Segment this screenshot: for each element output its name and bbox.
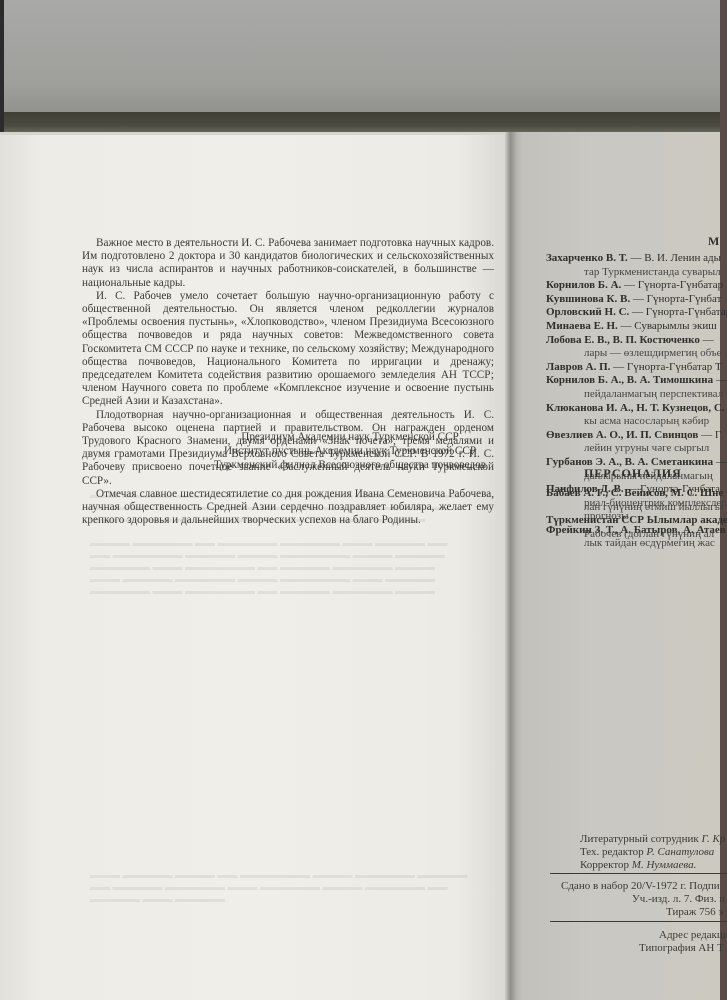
bleed-through-text: ▬▬▬ ▬▬▬▬▬ ▬▬▬▬ ▬▬ ▬▬▬▬▬▬▬ ▬▬▬▬ ▬▬▬▬▬▬ ▬▬… bbox=[90, 870, 490, 910]
paragraph: Важное место в деятельности И. С. Рабоче… bbox=[82, 237, 494, 290]
book-gutter bbox=[505, 132, 517, 1000]
section-title: ПЕРСОНАЛИЯ bbox=[584, 466, 682, 481]
personalia-entry: Түркменистан ССР Ылымлар акадеРабочев (д… bbox=[546, 514, 727, 541]
signature-block: Президиум Академии наук Туркменской ССР … bbox=[200, 430, 500, 472]
contents-heading-fragment: М bbox=[708, 234, 719, 249]
address-line: Типография АН Т bbox=[639, 942, 724, 955]
imprint-line: Тех. редактор Р. Санатулова bbox=[580, 846, 725, 859]
contents-entry: Кувшинова К. В. — Гүнорта-Гүнбат bbox=[546, 293, 727, 307]
divider bbox=[550, 921, 727, 922]
contents-entry: Орловский Н. С. — Гүнорта-Гүнбатар bbox=[546, 306, 727, 320]
signature-line: Туркменский филиал Всесоюзного общества … bbox=[200, 458, 500, 472]
background-surface bbox=[4, 0, 720, 120]
contents-entry: Корнилов Б. А. — Гүнорта-Гүнбатар bbox=[546, 279, 727, 293]
address-line: Адрес редакци bbox=[659, 929, 727, 942]
publication-info: Уч.-изд. л. 7. Физ. п bbox=[632, 893, 725, 906]
contents-entry: Захарченко В. Т. — В. И. Ленин адытар Ту… bbox=[546, 252, 727, 279]
contents-entry: Лавров А. П. — Гүнорта-Гүнбатар Т bbox=[546, 361, 727, 375]
signature-line: Институт пустынь Академии наук Туркменск… bbox=[200, 444, 500, 458]
contents-entry: Өвезлиев А. О., И. П. Свинцов — Глейин у… bbox=[546, 429, 727, 456]
contents-entry: Минаева Е. Н. — Суварымлы экиш bbox=[546, 320, 727, 334]
contents-entry: Корнилов Б. А., В. А. Тимошкина —пейдала… bbox=[546, 374, 727, 401]
imprint-line: Корректор М. Нуммаева. bbox=[580, 859, 725, 872]
contents-entry: Клюканова И. А., Н. Т. Кузнецов, С.кы ас… bbox=[546, 402, 727, 429]
contents-entry: Лобова Е. В., В. П. Костюченко —лары — ө… bbox=[546, 334, 727, 361]
book-top-shadow bbox=[4, 112, 720, 134]
imprint-block: Литературный сотрудник Г. Кр Тех. редакт… bbox=[580, 833, 725, 872]
signature-line: Президиум Академии наук Туркменской ССР bbox=[200, 430, 500, 444]
personalia-list: Бабаев А. Г., С. Вейисов, М. С. Шнелан г… bbox=[546, 487, 727, 541]
publication-info: Сдано в набор 20/V-1972 г. Подпи bbox=[561, 880, 720, 893]
divider bbox=[550, 873, 727, 874]
article-body: Важное место в деятельности И. С. Рабоче… bbox=[82, 237, 494, 527]
imprint-line: Литературный сотрудник Г. Кр bbox=[580, 833, 725, 846]
personalia-entry: Бабаев А. Г., С. Вейисов, М. С. Шнелан г… bbox=[546, 487, 727, 514]
paragraph: И. С. Рабочев умело сочетает большую нау… bbox=[82, 290, 494, 409]
paragraph: Отмечая славное шестидесятилетие со дня … bbox=[82, 488, 494, 528]
publication-info: Тираж 756 э bbox=[666, 906, 723, 919]
